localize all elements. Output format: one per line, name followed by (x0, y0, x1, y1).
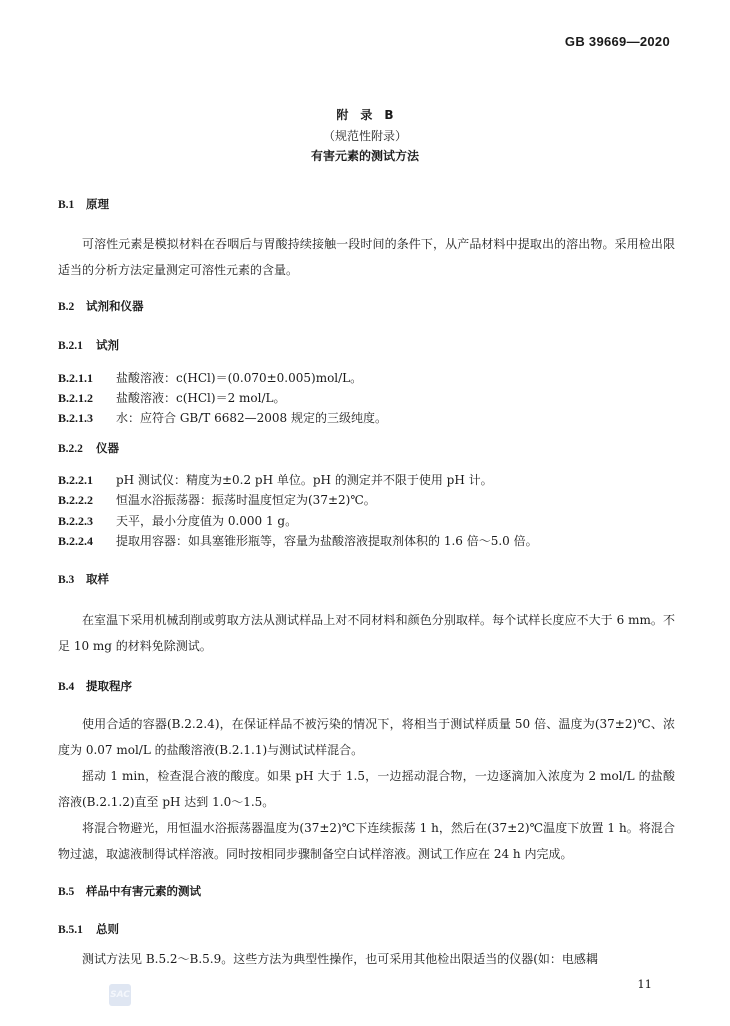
item-text: 盐酸溶液：c(HCl)＝(0.070±0.005)mol/L。 (116, 371, 362, 385)
section-number: B.3 (58, 574, 86, 586)
item-text: 盐酸溶液：c(HCl)＝2 mol/L。 (116, 391, 285, 405)
section-heading-b22: B.2.2仪器 (58, 440, 119, 456)
section-heading-b51: B.5.1总则 (58, 921, 119, 937)
annex-label: 附 录 B (0, 106, 730, 123)
list-item-b221: B.2.2.1pH 测试仪：精度为±0.2 pH 单位。pH 的测定并不限于使用… (58, 471, 493, 488)
paragraph-b51: 测试方法见 B.5.2～B.5.9。这些方法为典型性操作，也可采用其他检出限适当… (58, 946, 698, 972)
section-title: 样品中有害元素的测试 (86, 884, 201, 898)
paragraph-text: 在室温下采用机械刮削或剪取方法从测试样品上对不同材料和颜色分别取样。每个试样长度… (58, 607, 675, 659)
annex-type: （规范性附录） (0, 127, 730, 144)
section-number: B.2 (58, 301, 86, 313)
sac-logo-icon: SAC (109, 984, 131, 1006)
standard-code: GB 39669—2020 (565, 34, 670, 49)
section-title: 试剂和仪器 (86, 299, 144, 313)
section-number: B.2.1 (58, 340, 96, 352)
section-title: 试剂 (96, 338, 119, 352)
paragraph-text: 测试方法见 B.5.2～B.5.9。这些方法为典型性操作，也可采用其他检出限适当… (58, 946, 698, 972)
item-text: 提取用容器：如具塞锥形瓶等，容量为盐酸溶液提取剂体积的 1.6 倍～5.0 倍。 (116, 534, 538, 548)
item-number: B.2.1.1 (58, 371, 116, 386)
section-heading-b4: B.4提取程序 (58, 678, 132, 694)
paragraph-b1: 可溶性元素是模拟材料在吞咽后与胃酸持续接触一段时间的条件下，从产品材料中提取出的… (58, 231, 675, 283)
annex-title: 有害元素的测试方法 (0, 147, 730, 164)
section-title: 总则 (96, 922, 119, 936)
section-number: B.2.2 (58, 443, 96, 455)
list-item-b213: B.2.1.3水：应符合 GB/T 6682—2008 规定的三级纯度。 (58, 409, 387, 426)
item-number: B.2.1.2 (58, 391, 116, 406)
paragraph-text: 可溶性元素是模拟材料在吞咽后与胃酸持续接触一段时间的条件下，从产品材料中提取出的… (58, 231, 675, 283)
list-item-b212: B.2.1.2盐酸溶液：c(HCl)＝2 mol/L。 (58, 389, 285, 406)
section-title: 仪器 (96, 441, 119, 455)
item-number: B.2.2.1 (58, 473, 116, 488)
section-title: 原理 (86, 197, 109, 211)
list-item-b224: B.2.2.4提取用容器：如具塞锥形瓶等，容量为盐酸溶液提取剂体积的 1.6 倍… (58, 532, 538, 549)
list-item-b222: B.2.2.2恒温水浴振荡器：振荡时温度恒定为(37±2)℃。 (58, 491, 376, 508)
paragraph-text: 将混合物避光，用恒温水浴振荡器温度为(37±2)℃下连续振荡 1 h，然后在(3… (58, 815, 675, 867)
section-number: B.5.1 (58, 924, 96, 936)
item-text: 恒温水浴振荡器：振荡时温度恒定为(37±2)℃。 (116, 493, 376, 507)
item-text: 水：应符合 GB/T 6682—2008 规定的三级纯度。 (116, 411, 387, 425)
section-title: 取样 (86, 572, 109, 586)
item-number: B.2.2.3 (58, 514, 116, 529)
section-heading-b1: B.1原理 (58, 196, 109, 212)
item-number: B.2.1.3 (58, 411, 116, 426)
list-item-b223: B.2.2.3天平，最小分度值为 0.000 1 g。 (58, 512, 297, 529)
section-heading-b21: B.2.1试剂 (58, 337, 119, 353)
section-number: B.4 (58, 681, 86, 693)
item-text: 天平，最小分度值为 0.000 1 g。 (116, 514, 297, 528)
item-text: pH 测试仪：精度为±0.2 pH 单位。pH 的测定并不限于使用 pH 计。 (116, 473, 493, 487)
item-number: B.2.2.4 (58, 534, 116, 549)
section-number: B.1 (58, 199, 86, 211)
section-heading-b5: B.5样品中有害元素的测试 (58, 883, 201, 899)
item-number: B.2.2.2 (58, 493, 116, 508)
paragraph-text: 使用合适的容器(B.2.2.4)，在保证样品不被污染的情况下，将相当于测试样质量… (58, 711, 675, 763)
paragraph-b4: 使用合适的容器(B.2.2.4)，在保证样品不被污染的情况下，将相当于测试样质量… (58, 711, 675, 867)
paragraph-b3: 在室温下采用机械刮削或剪取方法从测试样品上对不同材料和颜色分别取样。每个试样长度… (58, 607, 675, 659)
section-number: B.5 (58, 886, 86, 898)
section-heading-b2: B.2试剂和仪器 (58, 298, 144, 314)
list-item-b211: B.2.1.1盐酸溶液：c(HCl)＝(0.070±0.005)mol/L。 (58, 369, 362, 386)
paragraph-text: 摇动 1 min，检查混合液的酸度。如果 pH 大于 1.5，一边摇动混合物，一… (58, 763, 675, 815)
section-heading-b3: B.3取样 (58, 571, 109, 587)
page-number: 11 (637, 977, 652, 991)
section-title: 提取程序 (86, 679, 132, 693)
